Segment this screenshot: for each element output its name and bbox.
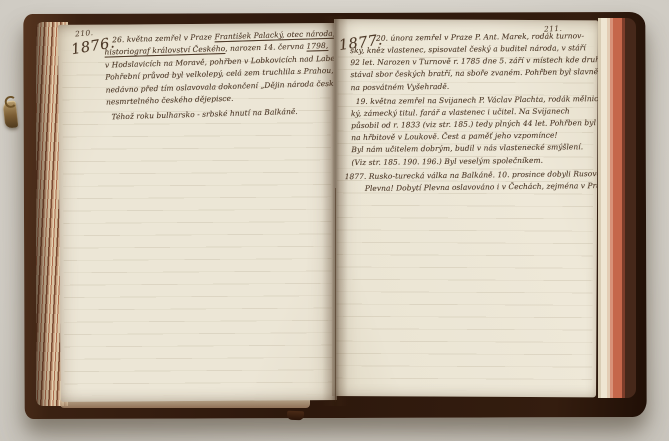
handwritten-text-block: 20. února zemřel v Praze P. Ant. Marek, … [350,30,592,195]
handwritten-line: Plevna! Dobytí Plevna oslavováno i v Čec… [352,180,592,195]
page-number: 210. [75,28,94,38]
page-edges-right [598,18,636,398]
handwritten-line: (Viz str. 185. 190. 196.) Byl veselým sp… [351,154,591,169]
clasp-hook [3,100,19,128]
left-page: 210. 1876. 26. května zemřel v Praze Fra… [58,23,337,402]
handwritten-text-block: 26. května zemřel v Praze František Pala… [104,28,335,124]
photo-open-chronicle-book: 210. 1876. 26. května zemřel v Praze Fra… [0,0,669,441]
clasp-catch [287,411,304,421]
handwritten-line: na posvátném Vyšehradě. [351,79,591,94]
right-page: 211. 1877. 20. února zemřel v Praze P. A… [332,19,598,397]
